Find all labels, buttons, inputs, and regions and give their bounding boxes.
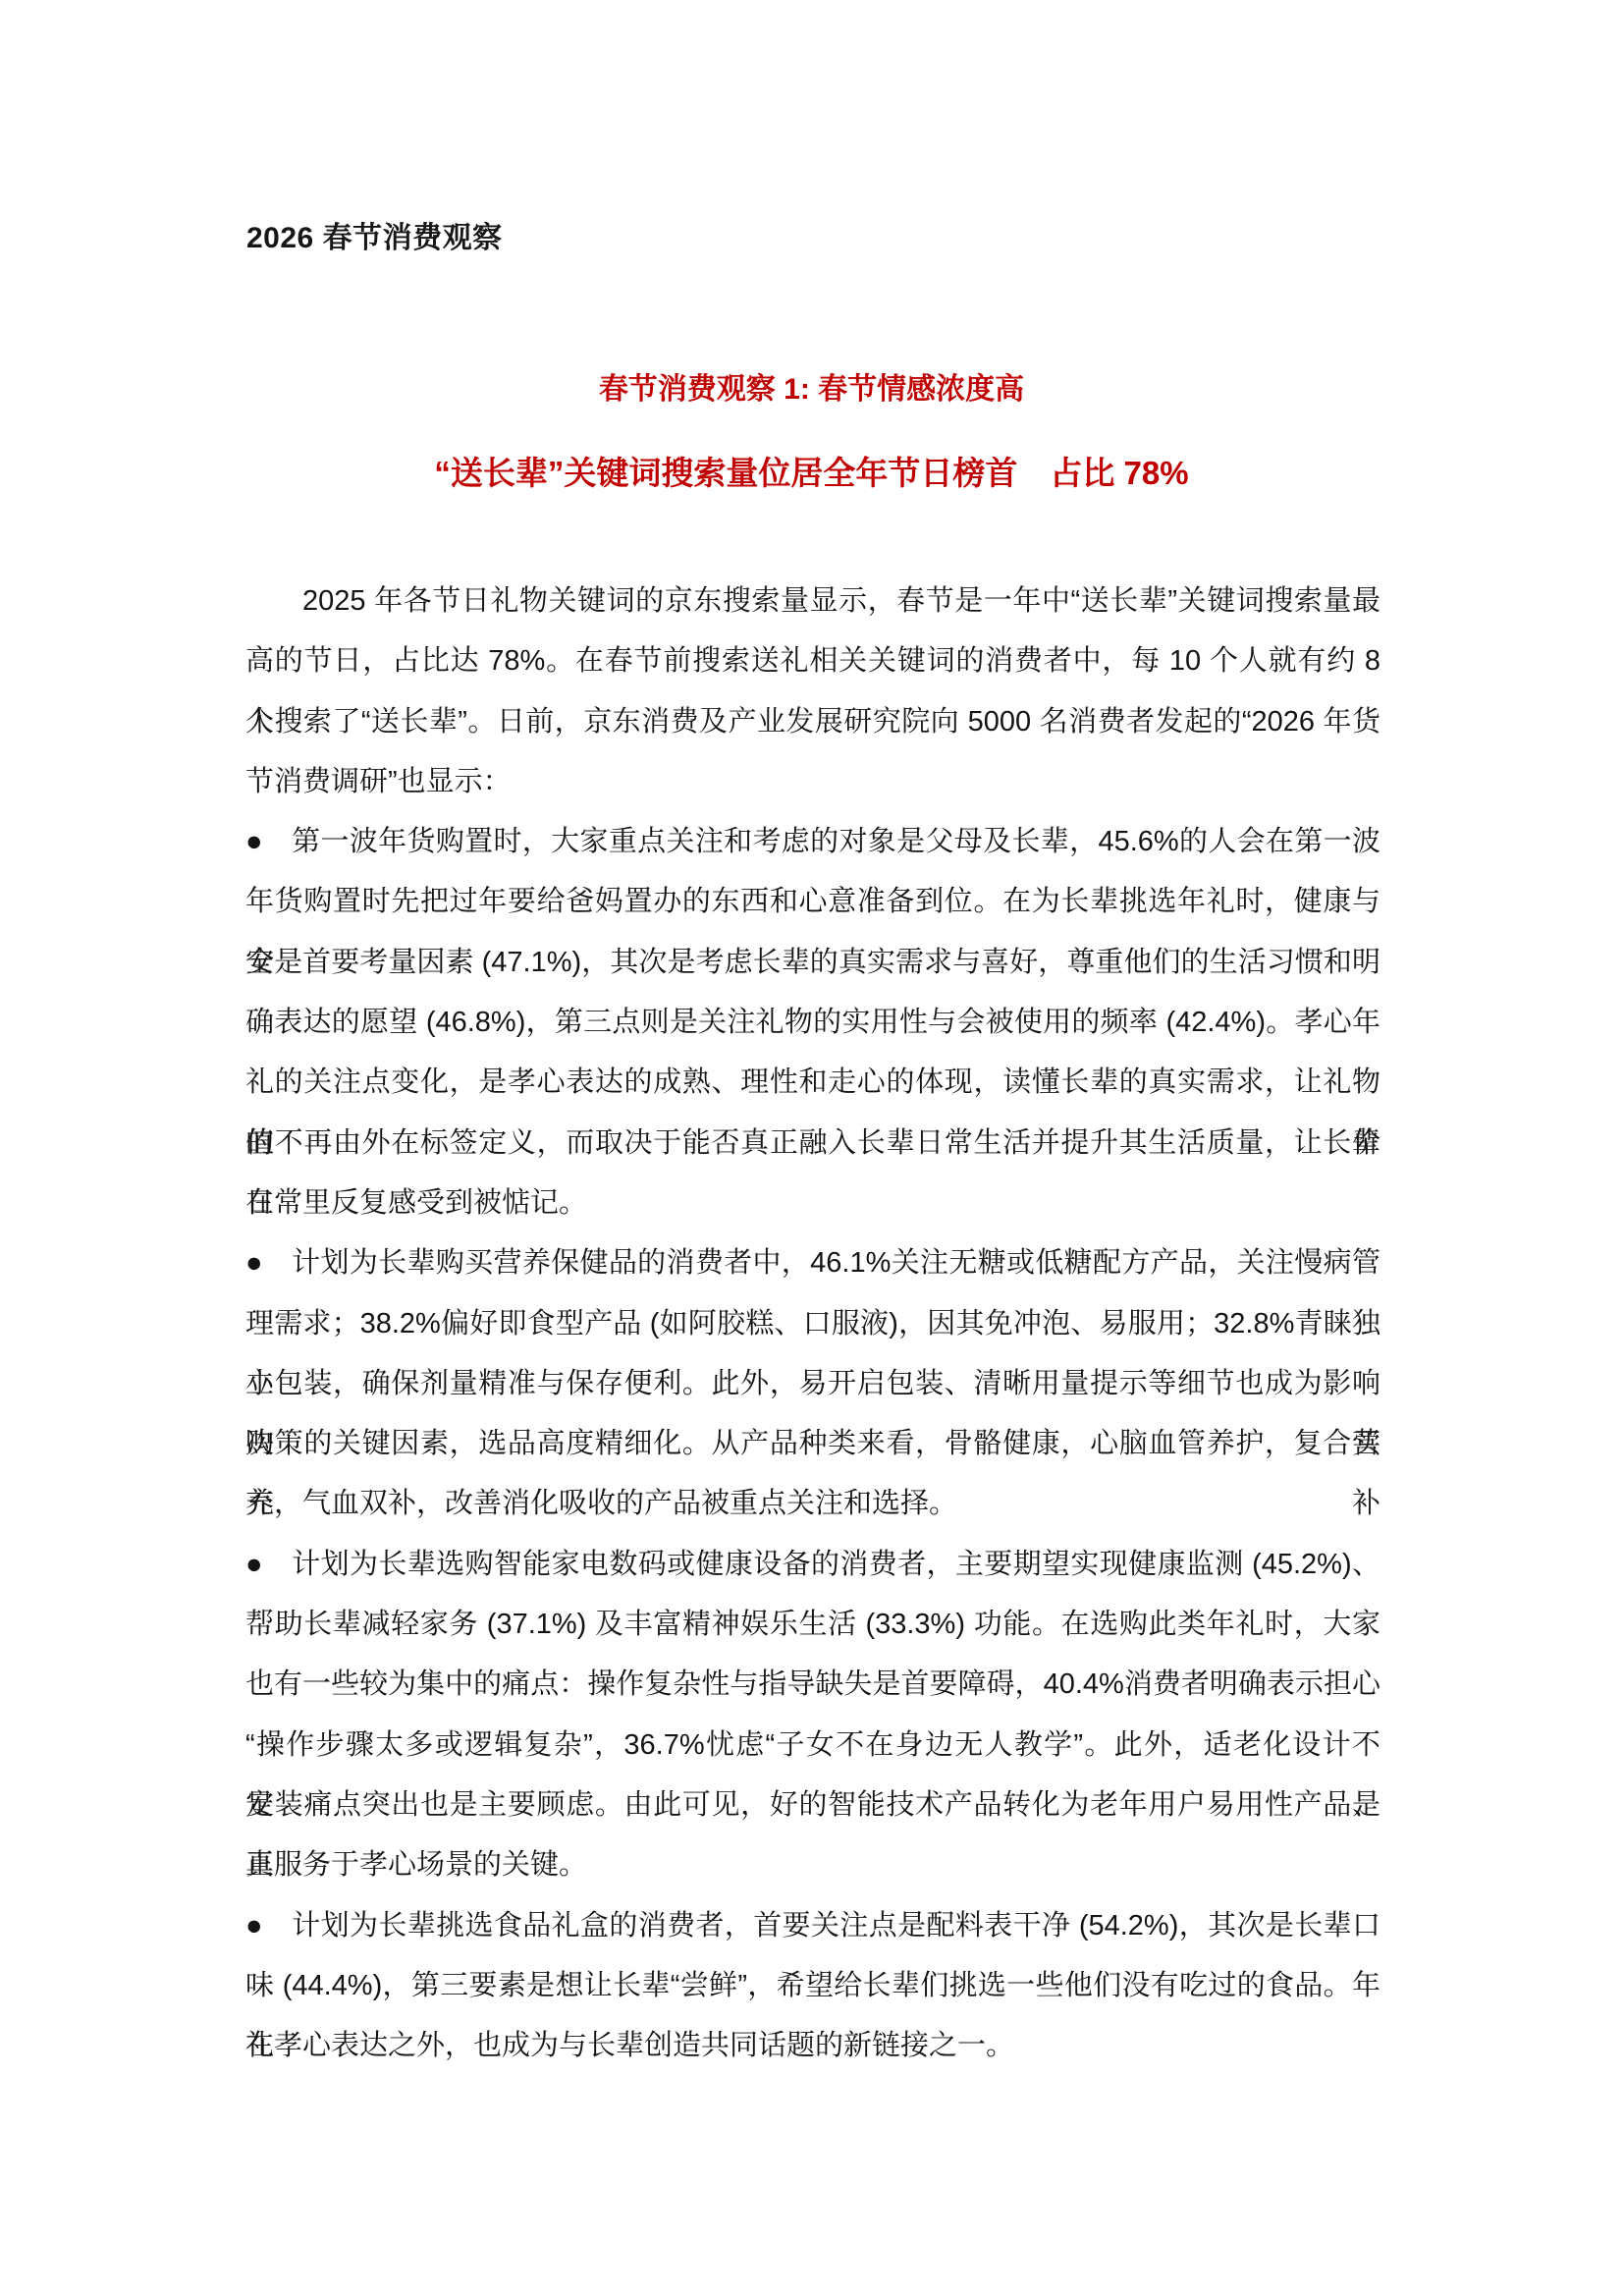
text-line: 在孝心表达之外，也成为与长辈创造共同话题的新链接之一。 [245,2016,1380,2076]
document-page: 2026 春节消费观察 春节消费观察 1: 春节情感浓度高 “送长辈”关键词搜索… [0,0,1623,2296]
text-line: 小包装，确保剂量精准与保存便利。此外，易开启包装、清晰用量提示等细节也成为影响购… [245,1354,1380,1414]
text-line: 礼的关注点变化，是孝心表达的成熟、理性和走心的体现，读懂长辈的真实需求，让礼物的… [245,1053,1380,1113]
text-line: ● 第一波年货购置时，大家重点关注和考虑的对象是父母及长辈，45.6%的人会在第… [245,812,1380,872]
text-line: 也有一些较为集中的痛点：操作复杂性与指导缺失是首要障碍，40.4%消费者明确表示… [245,1655,1380,1715]
text-line: 正服务于孝心场景的关键。 [245,1835,1380,1895]
section-heading-line-2: “送长辈”关键词搜索量位居全年节日榜首 占比 78% [0,456,1623,490]
text-line: 确表达的愿望 (46.8%)，第三点则是关注礼物的实用性与会被使用的频率 (42… [245,993,1380,1053]
text-line: 2025 年各节日礼物关键词的京东搜索量显示，春节是一年中“送长辈”关键词搜索量… [245,572,1380,631]
text-line: 值不再由外在标签定义，而取决于能否真正融入长辈日常生活并提升其生活质量，让长辈在 [245,1114,1380,1174]
text-line: 味 (44.4%)，第三要素是想让长辈“尝鲜”，希望给长辈们挑选一些他们没有吃过… [245,1956,1380,2016]
text-line: 理需求；38.2%偏好即食型产品 (如阿胶糕、口服液)，因其免冲泡、易服用；32… [245,1294,1380,1354]
text-line: 全是首要考量因素 (47.1%)，其次是考虑长辈的真实需求与喜好，尊重他们的生活… [245,933,1380,993]
text-line: 帮助长辈减轻家务 (37.1%) 及丰富精神娱乐生活 (33.3%) 功能。在选… [245,1595,1380,1655]
text-line: ● 计划为长辈挑选食品礼盒的消费者，首要关注点是配料表干净 (54.2%)，其次… [245,1896,1380,1956]
section-heading-line-1: 春节消费观察 1: 春节情感浓度高 [0,374,1623,406]
text-line: 决策的关键因素，选品高度精细化。从产品种类来看，骨骼健康，心脑血管养护，复合营养… [245,1414,1380,1474]
text-line: 年货购置时先把过年要给爸妈置办的东西和心意准备到位。在为长辈挑选年礼时，健康与安 [245,872,1380,932]
text-line: 日常里反复感受到被惦记。 [245,1174,1380,1233]
text-line: ● 计划为长辈购买营养保健品的消费者中，46.1%关注无糖或低糖配方产品，关注慢… [245,1233,1380,1293]
page-title: 2026 春节消费观察 [246,222,503,255]
text-line: “操作步骤太多或逻辑复杂”，36.7%忧虑“子女不在身边无人教学”。此外，适老化… [245,1716,1380,1776]
text-line: 节消费调研”也显示： [245,752,1380,812]
text-line: 人搜索了“送长辈”。日前，京东消费及产业发展研究院向 5000 名消费者发起的“… [245,692,1380,752]
text-line: ● 计划为长辈选购智能家电数码或健康设备的消费者，主要期望实现健康监测 (45.… [245,1535,1380,1595]
text-line: 高的节日，占比达 78%。在春节前搜索送礼相关关键词的消费者中，每 10 个人就… [245,631,1380,691]
document-body: 2025 年各节日礼物关键词的京东搜索量显示，春节是一年中“送长辈”关键词搜索量… [245,572,1380,2076]
text-line: 安装痛点突出也是主要顾虑。由此可见，好的智能技术产品转化为老年用户易用性产品是真 [245,1776,1380,1835]
